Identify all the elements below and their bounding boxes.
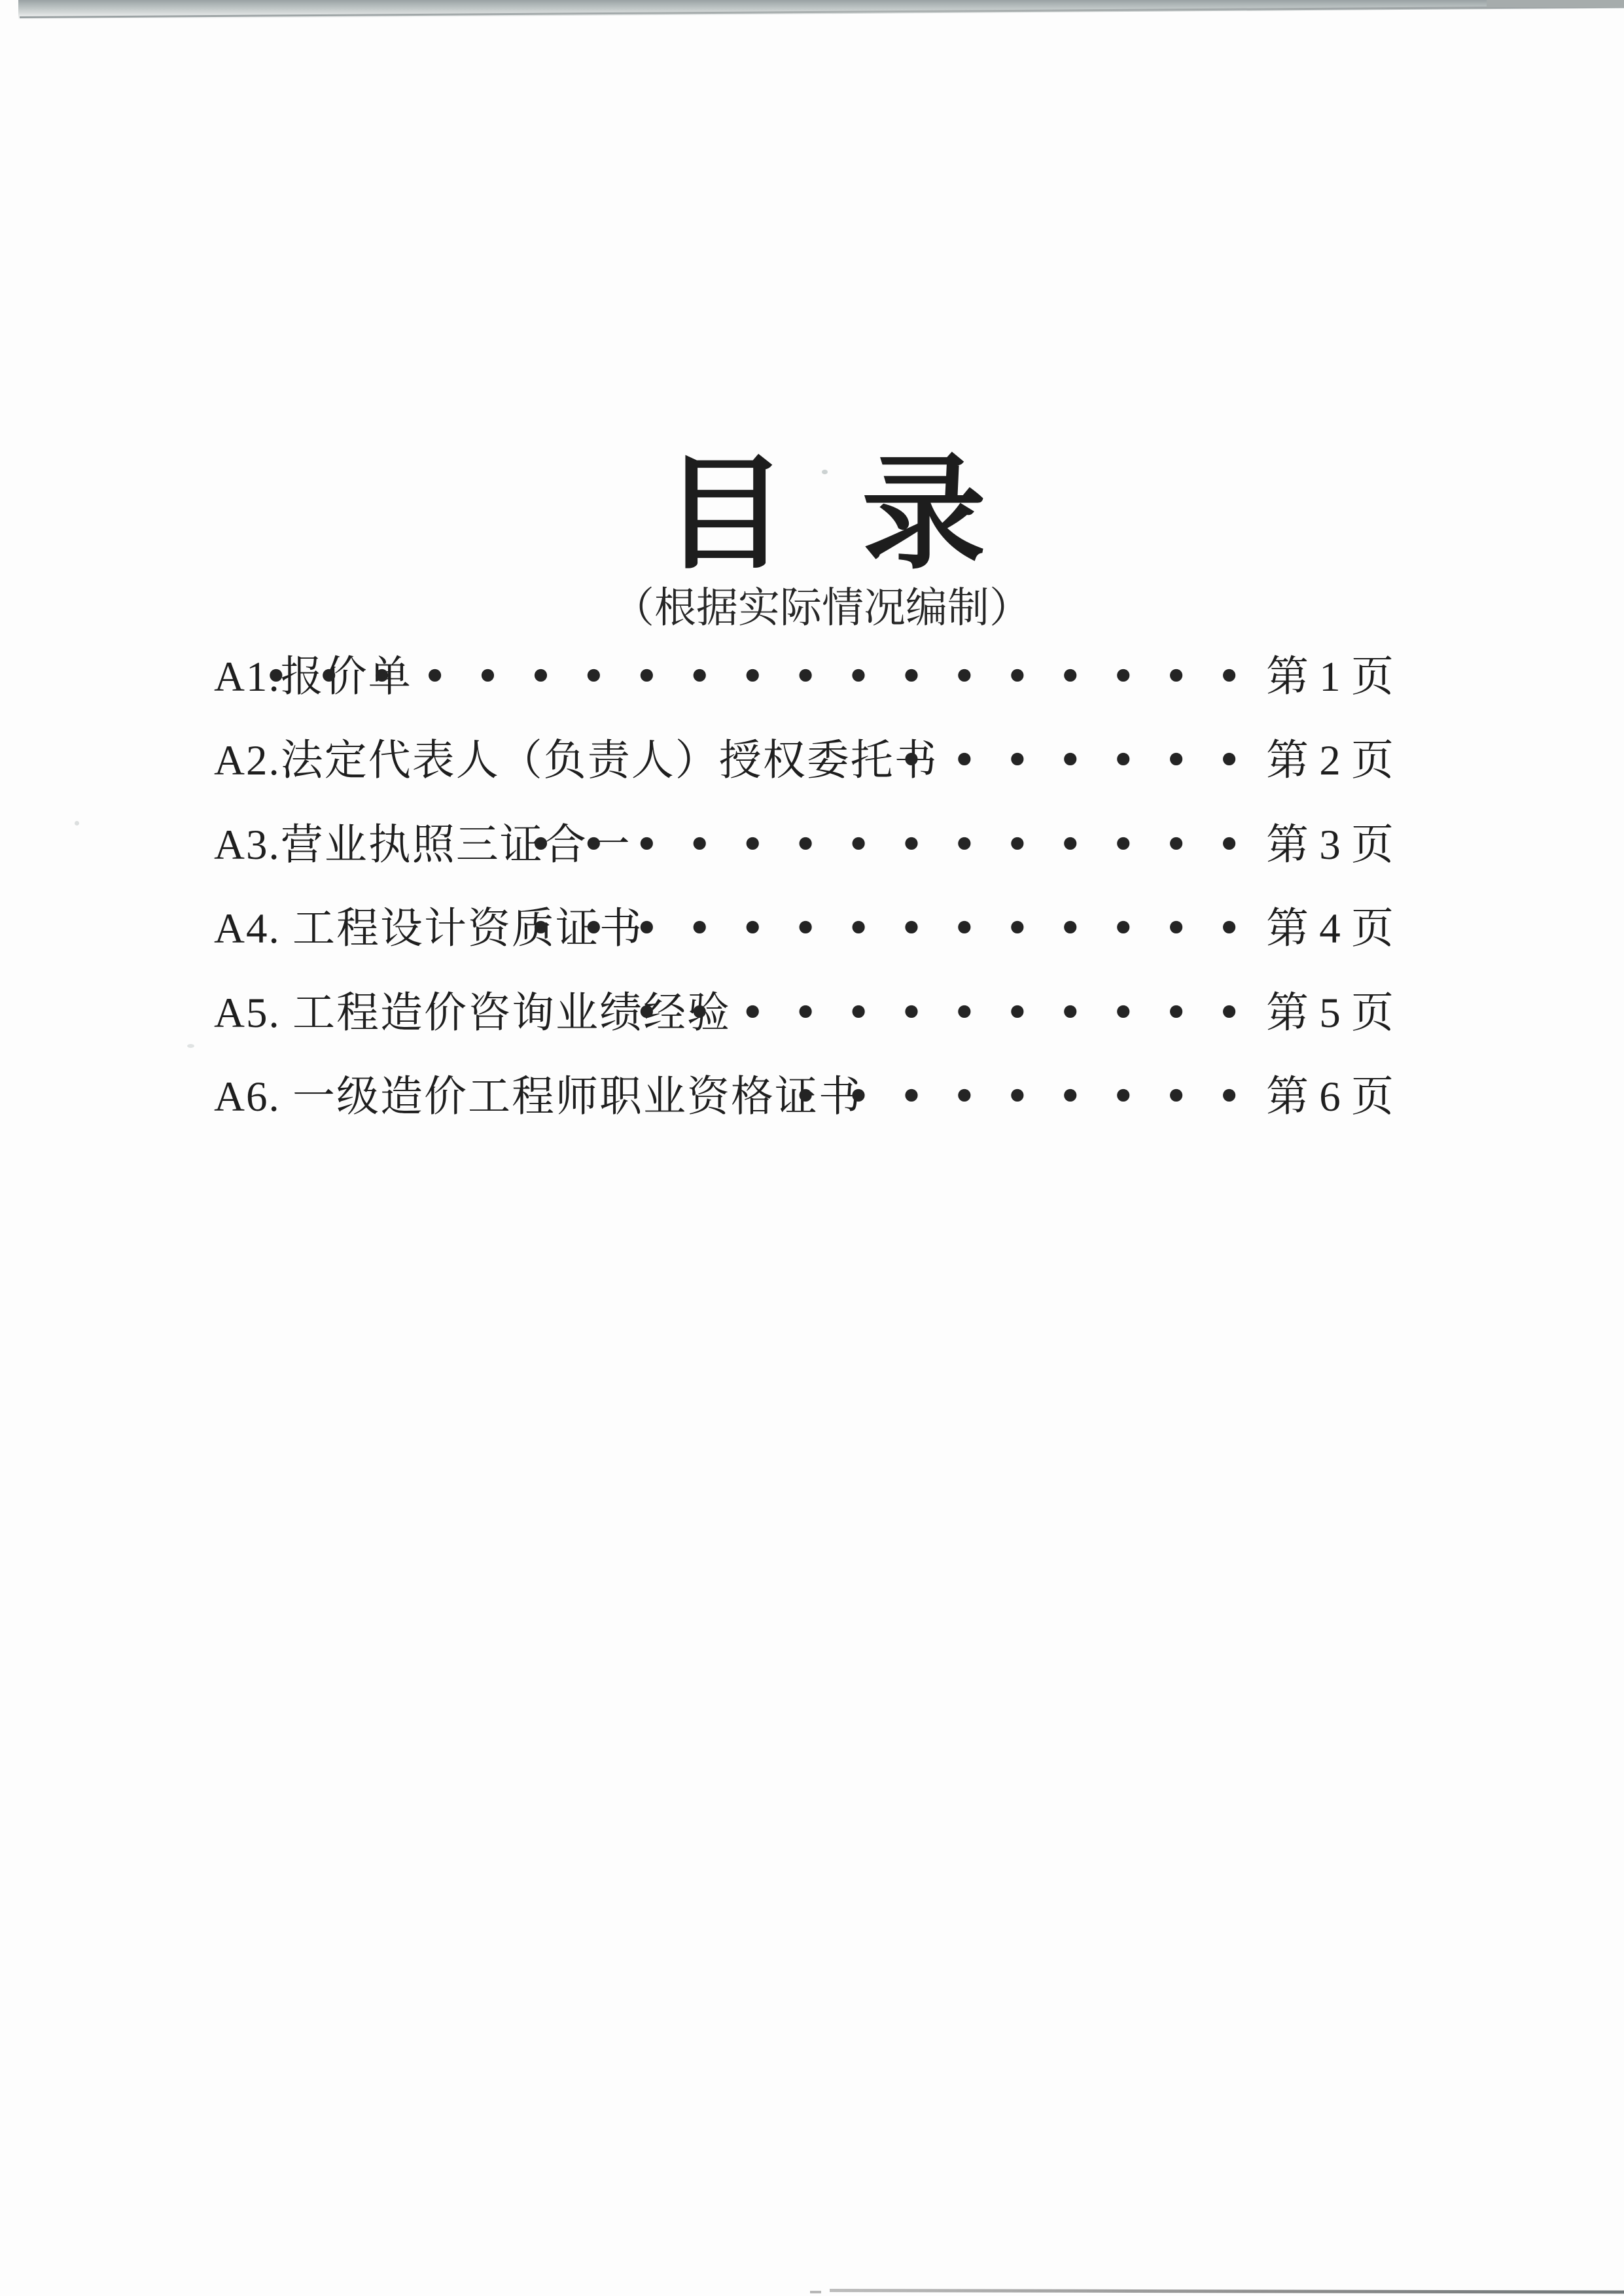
page-title: 目录 xyxy=(0,450,1624,581)
toc-item: A6. 一级造价工程师职业资格证书 ••••••••• 第 6 页 xyxy=(0,1055,1624,1139)
toc-item-page: 第 6 页 xyxy=(1266,1055,1394,1139)
toc-item-page: 第 5 页 xyxy=(1266,971,1394,1055)
toc-item: A3.营业执照三证合一 •••••••••••••• 第 3 页 xyxy=(0,803,1624,887)
toc-dot-leader: ••••••••• xyxy=(793,1055,1269,1139)
toc-item-label: A2.法定代表人（负责人）授权委托书 xyxy=(214,719,938,803)
scan-artifact-top-corner xyxy=(1487,0,1624,7)
toc-list: A1.报价单 ••••••••••••••••••• 第 1 页 A2.法定代表… xyxy=(0,635,1624,1139)
toc-item-page: 第 2 页 xyxy=(1266,719,1394,803)
toc-item: A4. 工程设计资质证书 •••••••••••••• 第 4 页 xyxy=(0,887,1624,971)
toc-item-page: 第 4 页 xyxy=(1266,887,1394,971)
toc-dot-leader: •••••••••••••• xyxy=(528,803,1269,887)
toc-dot-leader: ••••••••••••••••••• xyxy=(263,635,1269,719)
toc-dot-leader: •••••••••••• xyxy=(634,971,1269,1055)
scan-artifact-bottom-line xyxy=(830,2289,1624,2294)
toc-dot-leader: ••••••• xyxy=(898,719,1269,803)
toc-item: A5. 工程造价咨询业绩经验 •••••••••••• 第 5 页 xyxy=(0,971,1624,1055)
toc-item-page: 第 1 页 xyxy=(1266,635,1394,719)
toc-item: A2.法定代表人（负责人）授权委托书 ••••••• 第 2 页 xyxy=(0,719,1624,803)
toc-item-label: A6. 一级造价工程师职业资格证书 xyxy=(214,1055,862,1139)
toc-dot-leader: •••••••••••••• xyxy=(528,887,1269,971)
toc-item-page: 第 3 页 xyxy=(1266,803,1394,887)
toc-item: A1.报价单 ••••••••••••••••••• 第 1 页 xyxy=(0,635,1624,719)
page-subtitle: （根据实际情况编制） xyxy=(0,584,1624,633)
scan-artifact-bottom-dash xyxy=(810,2291,821,2293)
